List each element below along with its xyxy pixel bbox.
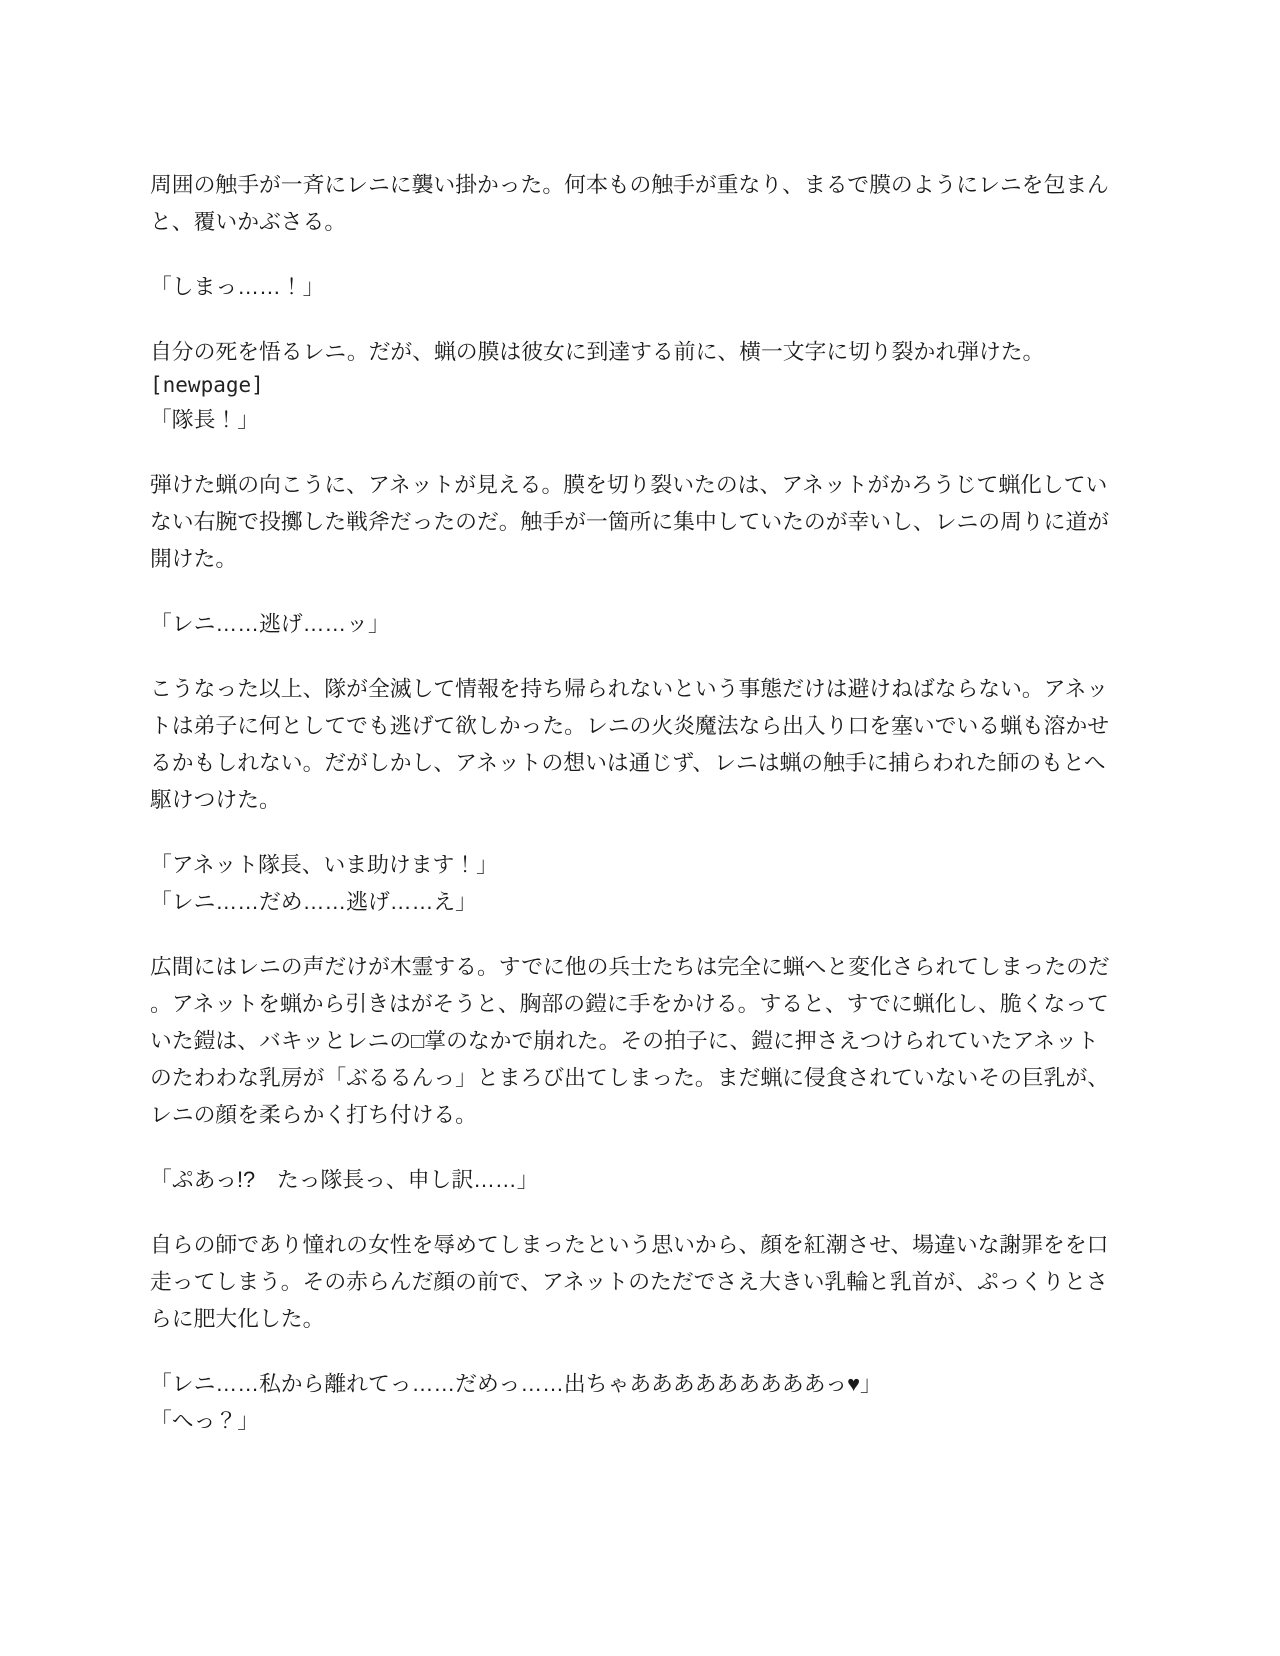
dialogue-line: 「レニ……逃げ……ッ」 (150, 605, 1118, 642)
paragraph-line: 弾けた蝋の向こうに、アネットが見える。膜を切り裂いたのは、アネットがかろうじて蝋… (150, 466, 1118, 577)
text-block: 「ぷあっ!? たっ隊長っ、申し訳……」 (150, 1161, 1118, 1198)
text-block: 「レニ……私から離れてっ……だめっ……出ちゃあああああああああっ♥」 「へっ？」 (150, 1365, 1118, 1439)
text-block: 「しまっ……！」 (150, 268, 1118, 305)
paragraph-line: 自分の死を悟るレニ。だが、蝋の膜は彼女に到達する前に、横一文字に切り裂かれ弾けた… (150, 333, 1118, 370)
text-block: こうなった以上、隊が全滅して情報を持ち帰られないという事態だけは避けねばならない… (150, 670, 1118, 818)
paragraph-line: 広間にはレニの声だけが木霊する。すでに他の兵士たちは完全に蝋へと変化さられてしま… (150, 948, 1118, 1133)
text-block: 自らの師であり憧れの女性を辱めてしまったという思いから、顔を紅潮させ、場違いな謝… (150, 1226, 1118, 1337)
dialogue-line: 「レニ……私から離れてっ……だめっ……出ちゃあああああああああっ♥」 (150, 1365, 1118, 1402)
dialogue-line: 「ぷあっ!? たっ隊長っ、申し訳……」 (150, 1161, 1118, 1198)
paragraph-line: こうなった以上、隊が全滅して情報を持ち帰られないという事態だけは避けねばならない… (150, 670, 1118, 818)
text-block: 広間にはレニの声だけが木霊する。すでに他の兵士たちは完全に蝋へと変化さられてしま… (150, 948, 1118, 1133)
newpage-marker: [newpage] (150, 370, 1118, 401)
dialogue-line: 「隊長！」 (150, 401, 1118, 438)
paragraph-line: 自らの師であり憧れの女性を辱めてしまったという思いから、顔を紅潮させ、場違いな謝… (150, 1226, 1118, 1337)
paragraph-line: 周囲の触手が一斉にレニに襲い掛かった。何本もの触手が重なり、まるで膜のようにレニ… (150, 166, 1118, 240)
text-block: 「レニ……逃げ……ッ」 (150, 605, 1118, 642)
text-block: 自分の死を悟るレニ。だが、蝋の膜は彼女に到達する前に、横一文字に切り裂かれ弾けた… (150, 333, 1118, 438)
dialogue-line: 「へっ？」 (150, 1402, 1118, 1439)
text-block: 周囲の触手が一斉にレニに襲い掛かった。何本もの触手が重なり、まるで膜のようにレニ… (150, 166, 1118, 240)
dialogue-line: 「アネット隊長、いま助けます！」 (150, 846, 1118, 883)
novel-text-page: 周囲の触手が一斉にレニに襲い掛かった。何本もの触手が重なり、まるで膜のようにレニ… (150, 166, 1118, 1467)
text-block: 「アネット隊長、いま助けます！」 「レニ……だめ……逃げ……え」 (150, 846, 1118, 920)
dialogue-line: 「しまっ……！」 (150, 268, 1118, 305)
text-block: 弾けた蝋の向こうに、アネットが見える。膜を切り裂いたのは、アネットがかろうじて蝋… (150, 466, 1118, 577)
dialogue-line: 「レニ……だめ……逃げ……え」 (150, 883, 1118, 920)
